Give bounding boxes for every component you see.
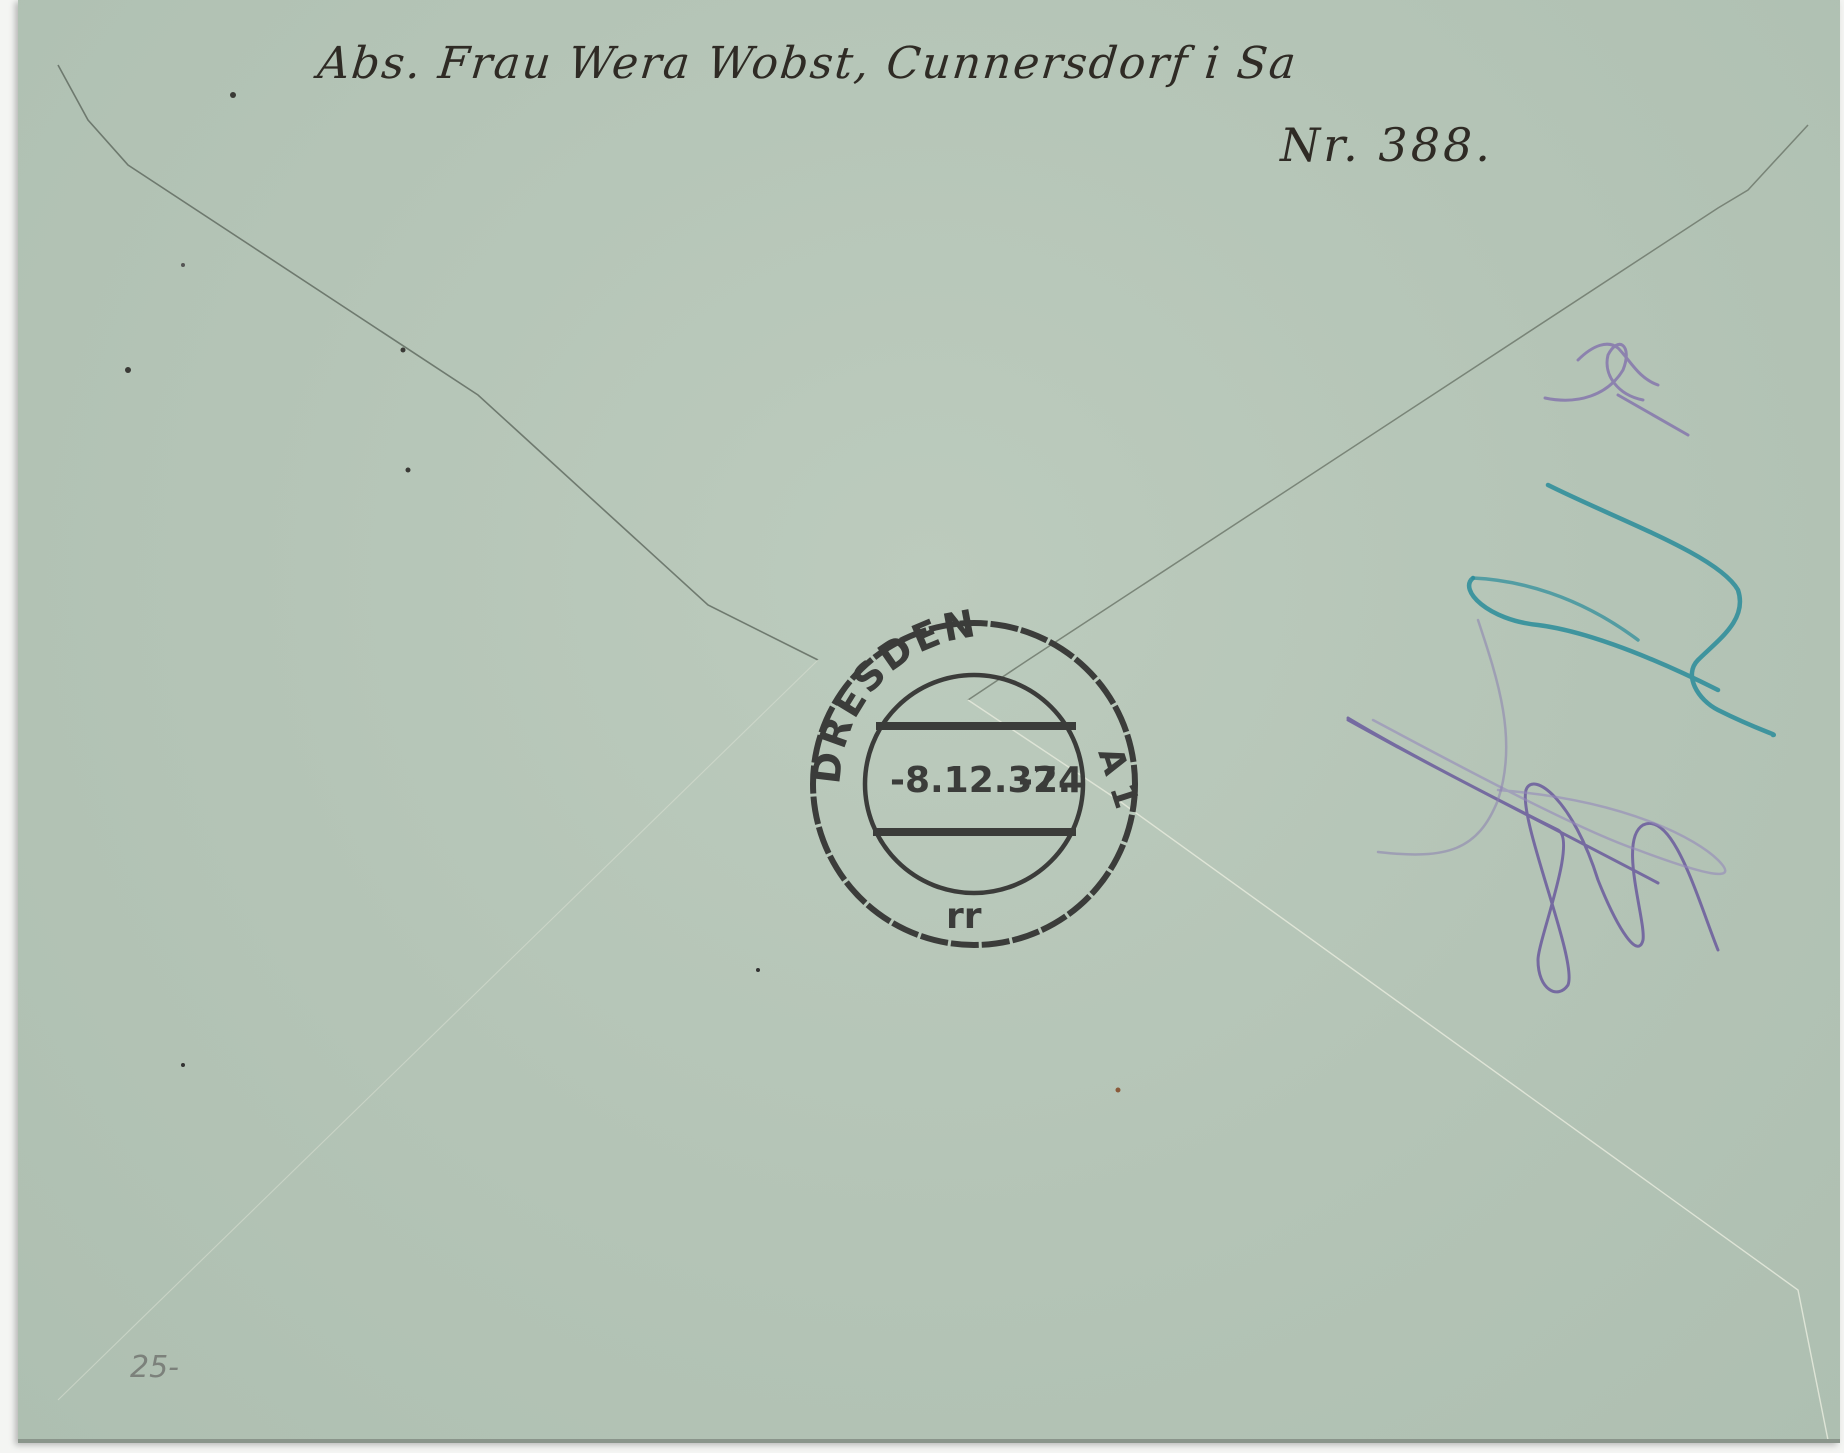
envelope-back: Abs. Frau Wera Wobst, Cunnersdorf i Sa N… bbox=[18, 0, 1840, 1443]
pencil-signature bbox=[18, 0, 1840, 1443]
pencil-price-note: 25- bbox=[130, 1350, 179, 1385]
